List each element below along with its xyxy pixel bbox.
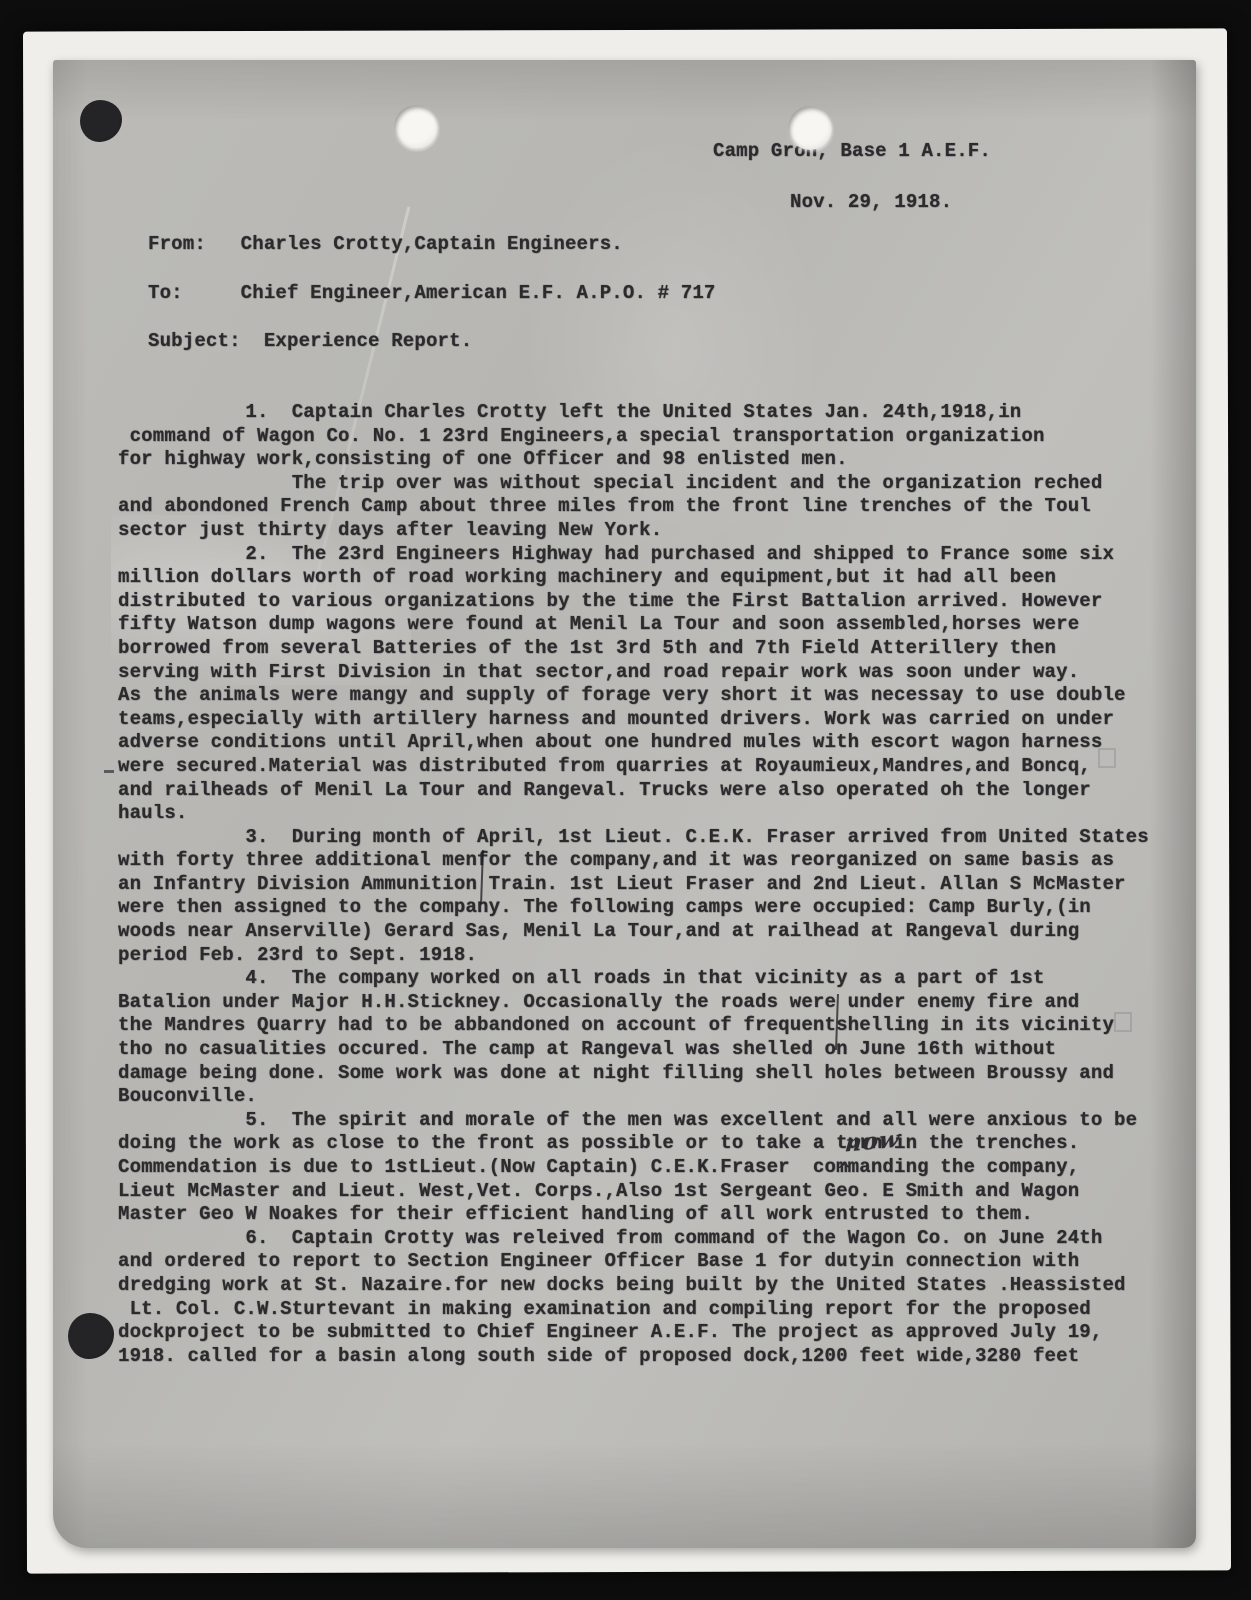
typed-line: an Infantry Division Ammunition Train. 1…	[118, 873, 1149, 897]
photo-background: 52% COTTON CONTENT Camp Gron, Base 1 A.E…	[0, 0, 1251, 1600]
typed-line: dockproject to be submitted to Chief Eng…	[118, 1321, 1149, 1345]
typed-line: doing the work as close to the front as …	[118, 1132, 1149, 1156]
typed-line: and abondoned French Camp about three mi…	[118, 495, 1149, 519]
punch-hole-right	[788, 106, 832, 150]
typed-line: the Mandres Quarry had to be abbandoned …	[118, 1014, 1149, 1038]
typed-line: dredging work at St. Nazaire.for new doc…	[118, 1274, 1149, 1298]
faint-margin-mark	[1114, 1012, 1132, 1032]
typed-line: Bouconville.	[118, 1085, 1149, 1109]
typed-line: teams,especially with artillery harness …	[118, 708, 1149, 732]
punch-hole-left	[394, 105, 438, 149]
typed-line: 1918. called for a basin along south sid…	[118, 1345, 1149, 1369]
typed-line: for highway work,consisting of one Offic…	[118, 448, 1149, 472]
typed-line: 2. The 23rd Engineers Highway had purcha…	[118, 543, 1149, 567]
typed-line: were secured.Material was distributed fr…	[118, 755, 1149, 779]
insertion-caret: ^	[836, 1158, 853, 1182]
typed-line: From: Charles Crotty,Captain Engineers.	[148, 233, 716, 256]
typed-line: serving with First Division in that sect…	[118, 661, 1149, 685]
typed-line: Subject: Experience Report.	[148, 330, 716, 353]
pen-dash	[104, 770, 114, 773]
typed-line: and ordered to report to Section Enginee…	[118, 1250, 1149, 1274]
typed-line: with forty three additional menfor the c…	[118, 849, 1149, 873]
typed-line: To: Chief Engineer,American E.F. A.P.O. …	[148, 282, 716, 305]
handwritten-insertion: now	[844, 1125, 901, 1157]
faint-margin-mark	[1098, 748, 1116, 768]
report-body: 1. Captain Charles Crotty left the Unite…	[118, 401, 1149, 1368]
typed-line: and railheads of Menil La Tour and Range…	[118, 779, 1149, 803]
typed-line: hauls.	[118, 802, 1149, 826]
typed-line: 5. The spirit and morale of the men was …	[118, 1109, 1149, 1133]
typed-line: sector just thirty days after leaving Ne…	[118, 519, 1149, 543]
typed-line: 1. Captain Charles Crotty left the Unite…	[118, 401, 1149, 425]
typed-line: million dollars worth of road working ma…	[118, 566, 1149, 590]
typed-line: Master Geo W Noakes for their efficient …	[118, 1203, 1149, 1227]
typed-line: The trip over was without special incide…	[118, 472, 1149, 496]
typed-line: damage being done. Some work was done at…	[118, 1062, 1149, 1086]
typed-line: 3. During month of April, 1st Lieut. C.E…	[118, 826, 1149, 850]
typed-line: command of Wagon Co. No. 1 23rd Engineer…	[118, 425, 1149, 449]
typed-line: period Feb. 23rd to Sept. 1918.	[118, 944, 1149, 968]
typed-line: As the animals were mangy and supply of …	[118, 684, 1149, 708]
typed-line: Batalion under Major H.H.Stickney. Occas…	[118, 991, 1149, 1015]
station-line: Camp Gron, Base 1 A.E.F.	[713, 140, 991, 163]
date-line: Nov. 29, 1918.	[790, 191, 952, 214]
typed-line: adverse conditions until April,when abou…	[118, 731, 1149, 755]
typed-line: tho no casualities occured. The camp at …	[118, 1038, 1149, 1062]
typed-line: distributed to various organizations by …	[118, 590, 1149, 614]
typed-line: borrowed from several Batteries of the 1…	[118, 637, 1149, 661]
typed-line: Commendation is due to 1stLieut.(Now Cap…	[118, 1156, 1149, 1180]
typed-line: 4. The company worked on all roads in th…	[118, 967, 1149, 991]
address-block: From: Charles Crotty,Captain Engineers.T…	[148, 233, 716, 379]
typed-line: 6. Captain Crotty was releived from comm…	[118, 1227, 1149, 1251]
typed-line: Lieut McMaster and Lieut. West,Vet. Corp…	[118, 1180, 1149, 1204]
typed-line: were then assigned to the company. The f…	[118, 896, 1149, 920]
typed-line: fifty Watson dump wagons were found at M…	[118, 613, 1149, 637]
typed-line: woods near Anserville) Gerard Sas, Menil…	[118, 920, 1149, 944]
typed-line: Lt. Col. C.W.Sturtevant in making examin…	[118, 1298, 1149, 1322]
